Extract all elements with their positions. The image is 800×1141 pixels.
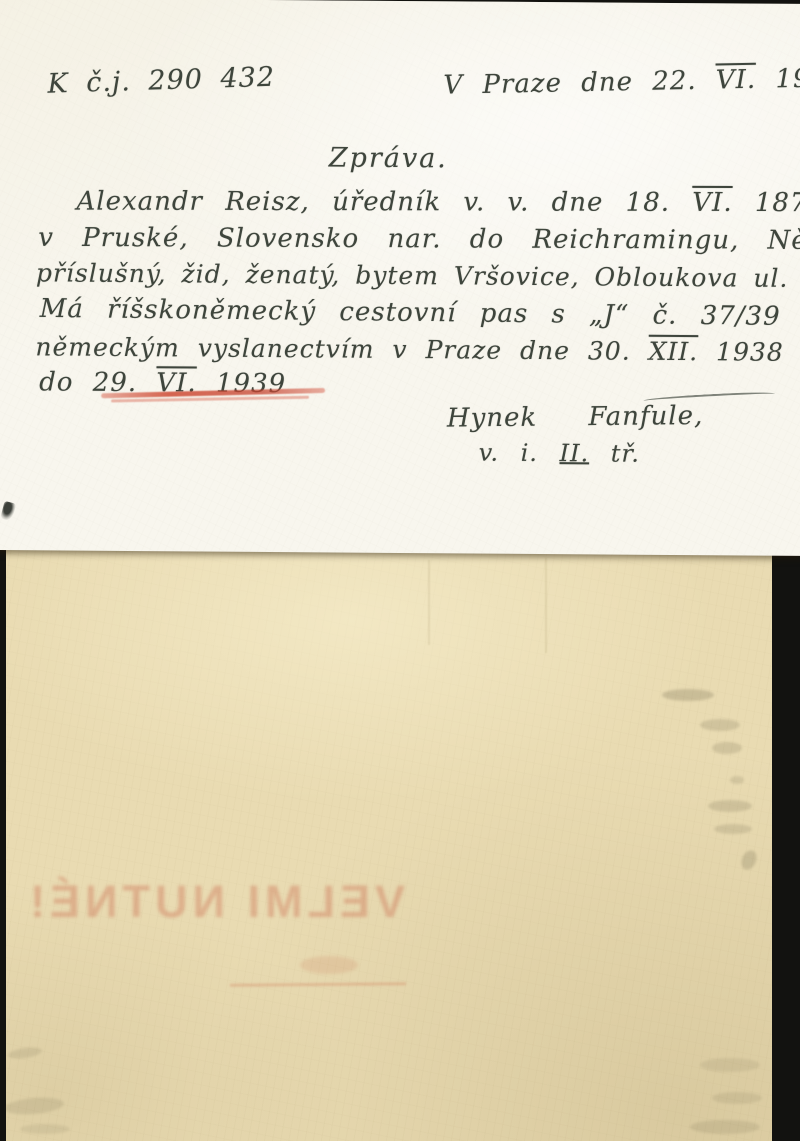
date-year: 1939. (756, 63, 800, 95)
paper-crease-streak (428, 560, 430, 645)
date-text: V Praze dne 22. (443, 66, 716, 101)
birth-month-numeral: VI. (692, 188, 732, 218)
faint-bleed-mark (730, 776, 744, 784)
signature-title: v. i. II. tř. (479, 439, 640, 468)
faint-bleed-mark (20, 1124, 70, 1134)
place-date-line: V Praze dne 22. VI. 1939. (443, 63, 800, 101)
birth-year: 1872 (733, 188, 800, 218)
rank-class-abbrev: tř. (589, 439, 640, 467)
faint-bleed-mark (714, 824, 752, 834)
issue-month-numeral: XII. (649, 337, 699, 366)
body-line-1: Alexandr Reisz, úředník v. v. dne 18. VI… (76, 187, 800, 219)
body-line-3: příslušný, žid, ženatý, bytem Vršovice, … (36, 258, 800, 293)
faint-bleed-mark (700, 1058, 760, 1072)
faint-bleed-mark (690, 1120, 760, 1134)
body-line-5: německým vyslanectvím v Praze dne 30. XI… (35, 332, 800, 367)
report-heading: Zpráva. (329, 142, 448, 174)
body-line-4: Má říšskoněmecký cestovní pas s „J“ č. 3… (40, 294, 800, 333)
body-line-5-text: německým vyslanectvím v Praze dne 30. (35, 332, 648, 365)
faint-bleed-mark (712, 742, 742, 754)
paper-crease-streak (545, 558, 547, 653)
date-month-numeral: VI. (716, 65, 757, 96)
issue-year: 1938 platný (698, 337, 800, 367)
file-reference-number: K č.j. 290 432 (47, 62, 276, 100)
body-line-2: v Pruské, Slovensko nar. do Reichramingu… (38, 223, 800, 256)
scanned-archive-page: { "doc": { "ref": "K č.j. 290 432", "dat… (0, 0, 800, 1141)
bleedthrough-faint-text-mark (300, 956, 358, 974)
report-sheet-paper: K č.j. 290 432 V Praze dne 22. VI. 1939.… (0, 0, 800, 556)
signature-name: Hynek Fanfule, (447, 401, 704, 434)
rank-class-numeral: II. (559, 439, 589, 467)
faint-bleed-mark (700, 719, 740, 731)
faint-bleed-mark (712, 1092, 762, 1104)
bleedthrough-stamp-text: VELMI NUTNÉ! (25, 876, 405, 928)
ink-blot (0, 501, 16, 521)
faint-bleed-mark (708, 800, 752, 812)
second-sheet-paper (6, 536, 772, 1141)
body-line-1-text: Alexandr Reisz, úředník v. v. dne 18. (76, 187, 692, 218)
signature-title-text: v. i. (479, 439, 560, 468)
faint-bleed-mark (662, 689, 714, 701)
